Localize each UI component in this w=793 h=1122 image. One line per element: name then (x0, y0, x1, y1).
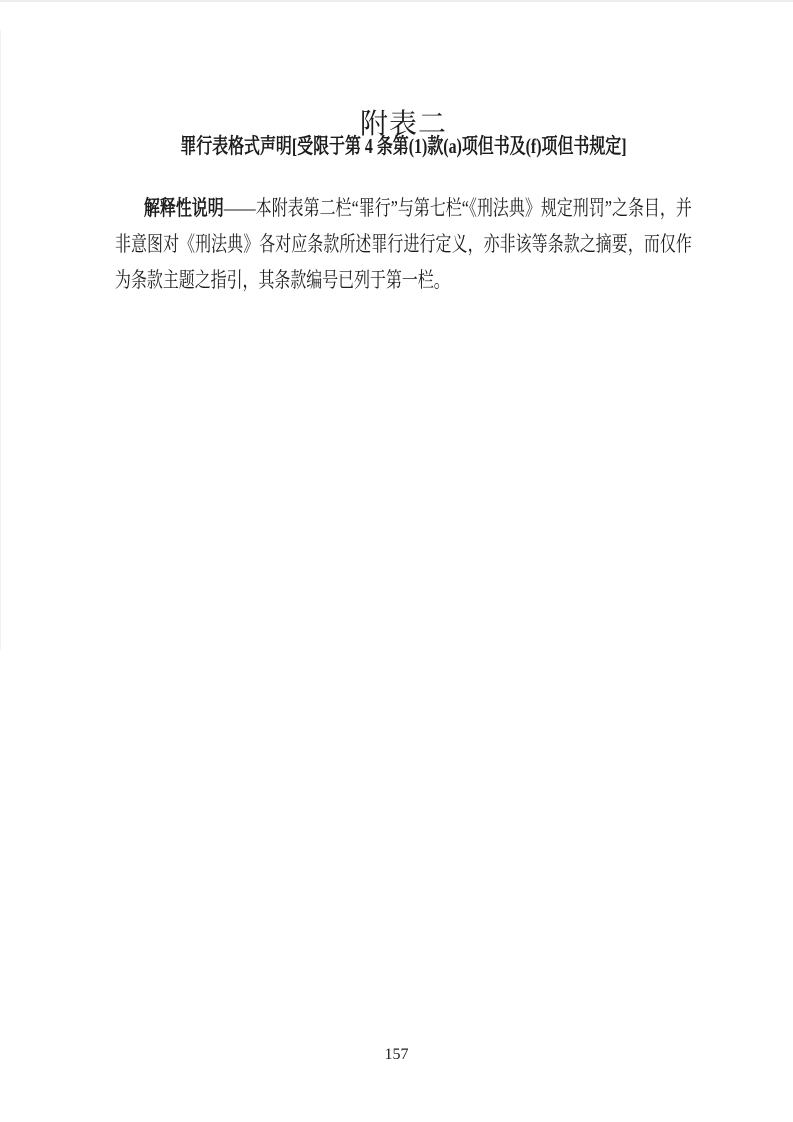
statement-subtitle: 罪行表格式声明[受限于第 4 条第(1)款(a)项但书及(f)项但书规定] (115, 131, 692, 161)
statement-subtitle-row: 罪行表格式声明[受限于第 4 条第(1)款(a)项但书及(f)项但书规定] (115, 131, 692, 161)
page-number: 157 (0, 1045, 793, 1064)
scan-edge-left (0, 30, 1, 650)
explanatory-note-row: 解释性说明——本附表第二栏“罪行”与第七栏“《刑法典》规定刑罚”之条目，并非意图… (115, 169, 692, 319)
document-page: 附表二 罪行表格式声明[受限于第 4 条第(1)款(a)项但书及(f)项但书规定… (0, 0, 793, 1122)
scan-edge-top (0, 0, 793, 2)
explanatory-note: 解释性说明——本附表第二栏“罪行”与第七栏“《刑法典》规定刑罚”之条目，并非意图… (115, 190, 692, 298)
note-lead: 解释性说明 (144, 196, 224, 220)
